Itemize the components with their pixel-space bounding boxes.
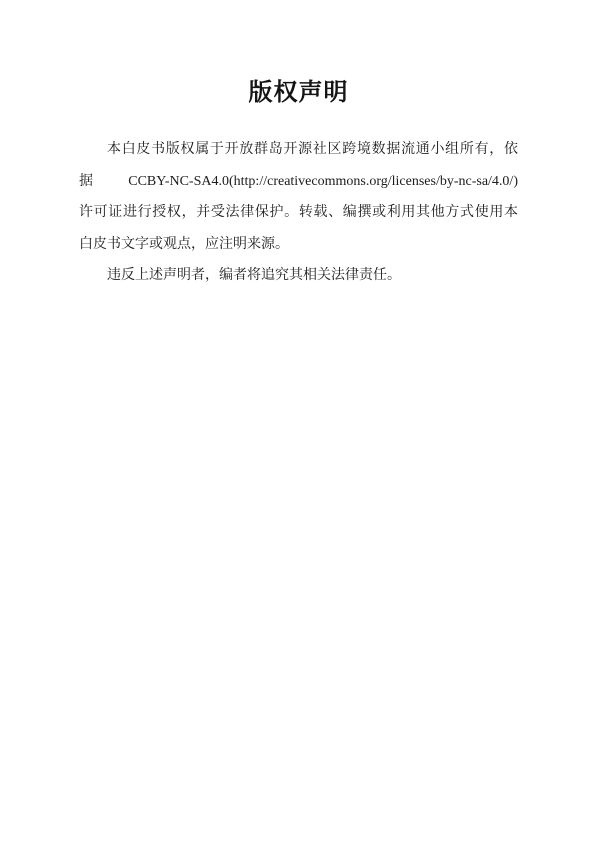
text-line: 许可证进行授权，并受法律保护。转载、编撰或利用其他方式使用本 [79, 197, 518, 229]
text-line: 本白皮书版权属于开放群岛开源社区跨境数据流通小组所有，依 [79, 134, 518, 166]
text-line: 违反上述声明者，编者将追究其相关法律责任。 [79, 260, 518, 292]
document-page: 版权声明 本白皮书版权属于开放群岛开源社区跨境数据流通小组所有，依据 CCBY-… [0, 0, 600, 848]
document-title: 版权声明 [79, 78, 518, 108]
copyright-paragraph: 本白皮书版权属于开放群岛开源社区跨境数据流通小组所有，依据 CCBY-NC-SA… [79, 134, 518, 260]
text-line: 据 CCBY-NC-SA4.0(http://creativecommons.o… [79, 166, 518, 198]
text-line: 白皮书文字或观点，应注明来源。 [79, 229, 518, 261]
liability-paragraph: 违反上述声明者，编者将追究其相关法律责任。 [79, 260, 518, 292]
